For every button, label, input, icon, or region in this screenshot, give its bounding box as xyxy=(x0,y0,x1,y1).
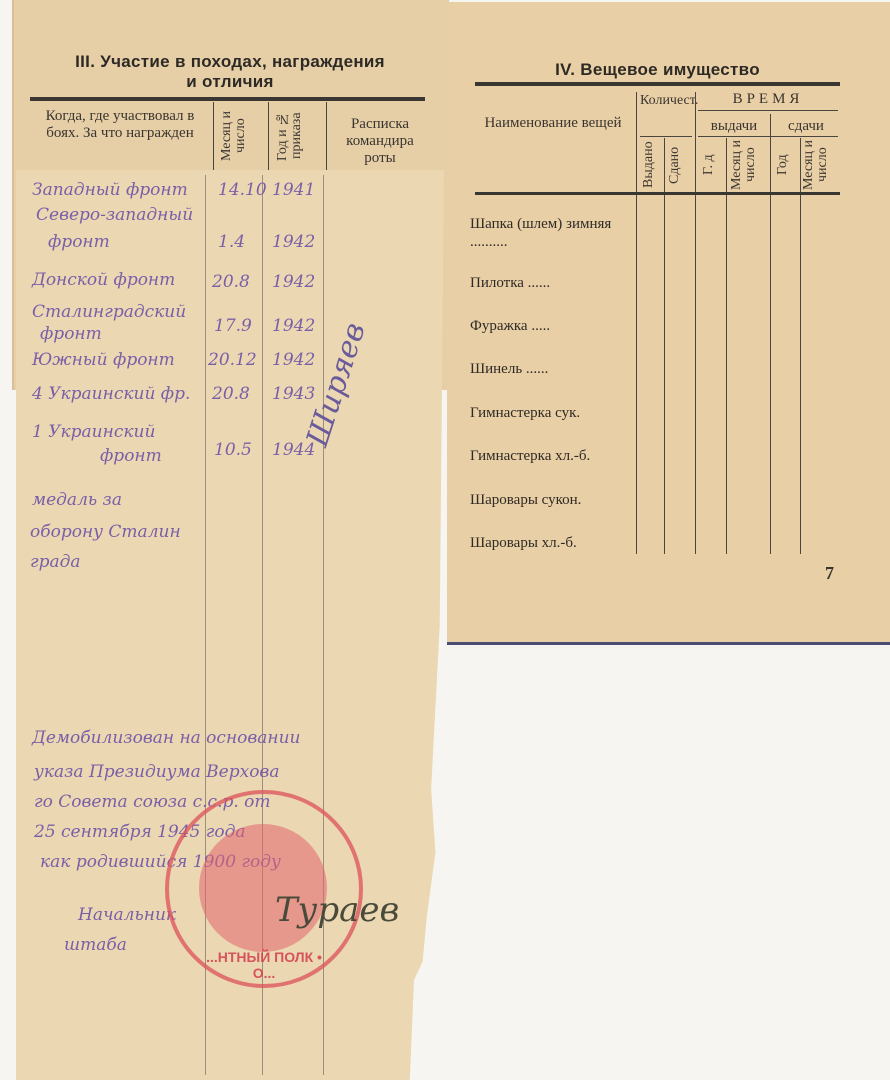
column-header-name: Наименование вещей xyxy=(478,115,628,132)
award-line: оборону Сталин xyxy=(30,522,181,542)
entry-place: Донской фронт xyxy=(32,270,175,290)
column-header-when-where: Когда, где участвовал в боях. За что наг… xyxy=(30,108,210,142)
property-item: Шапка (шлем) зимняя .......... xyxy=(470,215,630,251)
chief-signature: Тураев xyxy=(275,890,399,930)
entry-place: Северо-западный xyxy=(36,205,193,225)
column-header-time: ВРЕМЯ xyxy=(698,91,838,108)
column-header-month-day: Месяц и число xyxy=(730,140,766,190)
column-header-issued: Выдано xyxy=(642,140,662,190)
demob-line: указа Президиума Верхова xyxy=(34,762,279,782)
column-header-month-day: Месяц и число xyxy=(220,104,254,168)
property-item: Пилотка ...... xyxy=(470,275,550,292)
section-title-line2: и отличия xyxy=(30,72,430,92)
header-bottom-rule xyxy=(475,192,840,195)
entry-date: 14.10 xyxy=(218,180,267,200)
demob-line: Демобилизован на основании xyxy=(32,728,301,748)
section-title-property: IV. Вещевое имущество xyxy=(475,60,840,80)
award-line: медаль за xyxy=(32,490,122,510)
entry-year: 1942 xyxy=(272,272,315,292)
property-item: Шаровары сукон. xyxy=(470,492,581,509)
state-emblem-icon xyxy=(199,824,327,952)
entry-place: фронт xyxy=(48,232,110,252)
regiment-stamp: ...НТНЫЙ ПОЛК • О... xyxy=(165,790,363,988)
section-title-line1: III. Участие в походах, награждения xyxy=(30,52,430,72)
column-divider xyxy=(268,102,269,170)
column-header-returned: Сдано xyxy=(668,140,688,190)
entry-year: 1942 xyxy=(272,232,315,252)
entry-year: 1942 xyxy=(272,350,315,370)
entry-place: фронт xyxy=(100,446,162,466)
chief-title: штаба xyxy=(64,935,127,955)
column-header-month-day-2: Месяц и число xyxy=(802,140,838,190)
page-number: 7 xyxy=(825,563,834,584)
property-item: Гимнастерка хл.-б. xyxy=(470,448,590,465)
entry-year: 1941 xyxy=(272,180,315,200)
stamp-text: ...НТНЫЙ ПОЛК • О... xyxy=(199,949,329,981)
title-rule xyxy=(30,97,425,101)
column-divider xyxy=(726,138,727,554)
header-rule xyxy=(640,136,692,137)
entry-place: 4 Украинский фр. xyxy=(32,384,190,404)
entry-date: 20.8 xyxy=(212,272,250,292)
entry-date: 20.12 xyxy=(208,350,257,370)
property-item: Фуражка ..... xyxy=(470,318,550,335)
column-header-year-short: Г. д xyxy=(702,140,722,190)
column-divider xyxy=(770,114,771,554)
title-rule xyxy=(475,82,840,86)
entry-date: 17.9 xyxy=(214,316,252,336)
award-line: града xyxy=(30,552,81,572)
header-rule xyxy=(698,110,838,111)
entry-date: 10.5 xyxy=(214,440,252,460)
column-divider xyxy=(326,102,327,170)
entry-year: 1943 xyxy=(272,384,315,404)
entry-date: 20.8 xyxy=(212,384,250,404)
property-item: Шинель ...... xyxy=(470,361,548,378)
entry-date: 1.4 xyxy=(218,232,245,252)
column-divider xyxy=(695,92,696,554)
entry-place: Сталинградский xyxy=(32,302,186,322)
column-divider xyxy=(636,92,637,554)
column-header-return: сдачи xyxy=(774,118,838,135)
section-title-participation: III. Участие в походах, награждения и от… xyxy=(30,52,430,92)
entry-place: Южный фронт xyxy=(32,350,175,370)
entry-year: 1942 xyxy=(272,316,315,336)
column-divider xyxy=(800,138,801,554)
entry-place: Западный фронт xyxy=(32,180,188,200)
property-item: Гимнастерка сук. xyxy=(470,405,580,422)
column-header-quantity: Количест. xyxy=(640,92,692,109)
header-rule xyxy=(698,136,838,137)
column-header-issue: выдачи xyxy=(700,118,768,135)
column-header-year-order: Год и № приказа xyxy=(276,104,310,168)
property-item: Шаровары хл.-б. xyxy=(470,535,577,552)
column-header-signature: Расписка командира роты xyxy=(330,116,430,167)
column-header-year: Год xyxy=(776,140,796,190)
column-divider xyxy=(664,138,665,554)
column-divider xyxy=(213,102,214,170)
chief-title: Начальник xyxy=(78,905,176,925)
entry-place: фронт xyxy=(40,324,102,344)
entry-place: 1 Украинский xyxy=(32,422,155,442)
